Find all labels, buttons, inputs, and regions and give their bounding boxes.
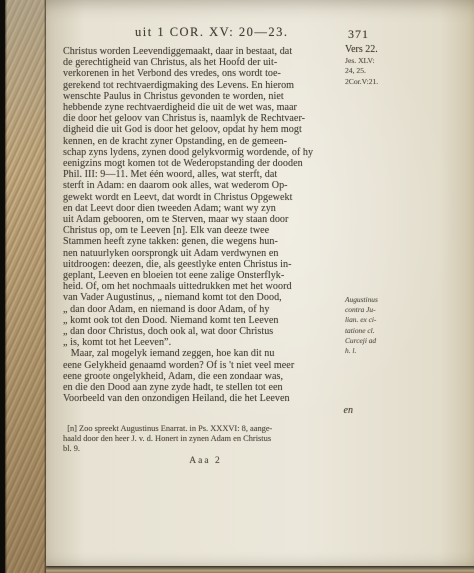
margin-note-line: contra Ju- — [345, 305, 465, 315]
margin-note-line: lian. ex ci- — [345, 315, 465, 325]
margin-note-line: Curceji ad — [345, 336, 465, 346]
catchword: en — [63, 405, 353, 416]
text-line: Christus worden Leevendiggemaakt, daar i… — [63, 46, 353, 57]
text-line: „ dan door Adam, en niemand is door Adam… — [63, 304, 353, 315]
book-fore-edge — [5, 0, 46, 573]
footnote-line: [n] Zoo spreekt Augustinus Enarrat. in P… — [63, 424, 358, 434]
text-line: digheid die uit God is door het geloov, … — [63, 124, 353, 135]
margin-note-line: Jes. XLV: — [345, 56, 465, 66]
text-line: en dat Leevt door dien tweeden Adam; wan… — [63, 203, 353, 214]
text-line: uitdroogen: deezen, die, als geestlyke e… — [63, 259, 353, 270]
book-photo: uit 1 COR. XV: 20—23. 371 Christus worde… — [0, 0, 474, 573]
text-line: kennen, en de kracht zyner Opstanding, e… — [63, 136, 353, 147]
header-title: uit 1 COR. XV: 20—23. — [135, 25, 289, 40]
text-line: van Vader Augustinus, „ niemand komt tot… — [63, 292, 353, 303]
margin-note-line: h. l. — [345, 346, 465, 356]
text-line: eenigzins mogt komen tot de Wederopstand… — [63, 158, 353, 169]
text-line: verkorenen in het Verbond des vredes, on… — [63, 68, 353, 79]
page-bottom-edge — [46, 565, 474, 573]
text-line: die door het geloov van Christus is, naa… — [63, 113, 353, 124]
text-line: gewekt wordt en Leevt, dat wordt in Chri… — [63, 192, 353, 203]
margin-note-line: Augustinus — [345, 295, 465, 305]
scripture-refs: Jes. XLV:24, 25.2Cor.V:21. — [345, 56, 465, 87]
text-line: geplant, Leeven en bloeien tot eene zali… — [63, 270, 353, 281]
text-line: wenschte Paulus in Christus gevonden te … — [63, 91, 353, 102]
text-line: „ dan door Christus, doch ook al, wat do… — [63, 326, 353, 337]
verse-ref: Vers 22. — [345, 44, 465, 56]
margin-notes-middle: Augustinuscontra Ju-lian. ex ci-tatione … — [345, 295, 465, 356]
text-line: heid. Of, om het nochmaals uittedrukken … — [63, 281, 353, 292]
margin-notes-top: Vers 22. Jes. XLV:24, 25.2Cor.V:21. — [345, 44, 465, 87]
footnote-line: haald door den heer J. v. d. Honert in z… — [63, 434, 358, 444]
text-line: de gerechtigheid van Christus, als het H… — [63, 57, 353, 68]
running-header: uit 1 COR. XV: 20—23. 371 — [46, 25, 474, 41]
footnote: [n] Zoo spreekt Augustinus Enarrat. in P… — [63, 424, 358, 454]
text-line: sterft in Adam: en daarom ook alles, wat… — [63, 180, 353, 191]
text-line: hebbende zyne rechtvaerdigheid die uit d… — [63, 102, 353, 113]
text-line: nen natuurlyken oorsprongk uit Adam verd… — [63, 248, 353, 259]
text-line: „ is, komt tot het Leeven”. — [63, 337, 353, 348]
text-line: en die den Dood aan zyne zyde hadt, te s… — [63, 382, 353, 393]
text-line: Christus op, om te Leeven [n]. Elk van d… — [63, 225, 353, 236]
text-line: eene Gelykheid genaamd worden? Of is 't … — [63, 360, 353, 371]
margin-note-line: 24, 25. — [345, 66, 465, 76]
page-number: 371 — [348, 27, 369, 42]
text-line: „ komt ook tot den Dood. Niemand komt te… — [63, 315, 353, 326]
body-text: Christus worden Leevendiggemaakt, daar i… — [63, 46, 353, 405]
text-line: Maar, zal mogelyk iemand zeggen, hoe kan… — [63, 348, 353, 359]
text-line: Voorbeeld van den onzondigen Heiland, di… — [63, 393, 353, 404]
text-line: gerekend tot rechtvaerdigmaking des Leve… — [63, 80, 353, 91]
photo-left-shadow — [0, 0, 7, 573]
text-line: uit Adam gebooren, om te Sterven, maar w… — [63, 214, 353, 225]
text-line: schap zyns lydens, zynen dood gelykvormi… — [63, 147, 353, 158]
footnote-line: bl. 9. — [63, 444, 358, 454]
text-line: eene groote ongelykheid, Adam, die een z… — [63, 371, 353, 382]
signature-mark: Aaa 2 — [63, 456, 348, 466]
book-page: uit 1 COR. XV: 20—23. 371 Christus worde… — [46, 0, 474, 566]
text-line: Stammen heeft zyne takken: genen, die we… — [63, 236, 353, 247]
text-line: Phil. III: 9—11. Met één woord, alles, w… — [63, 169, 353, 180]
margin-note-line: 2Cor.V:21. — [345, 77, 465, 87]
margin-note-line: tatione cl. — [345, 326, 465, 336]
